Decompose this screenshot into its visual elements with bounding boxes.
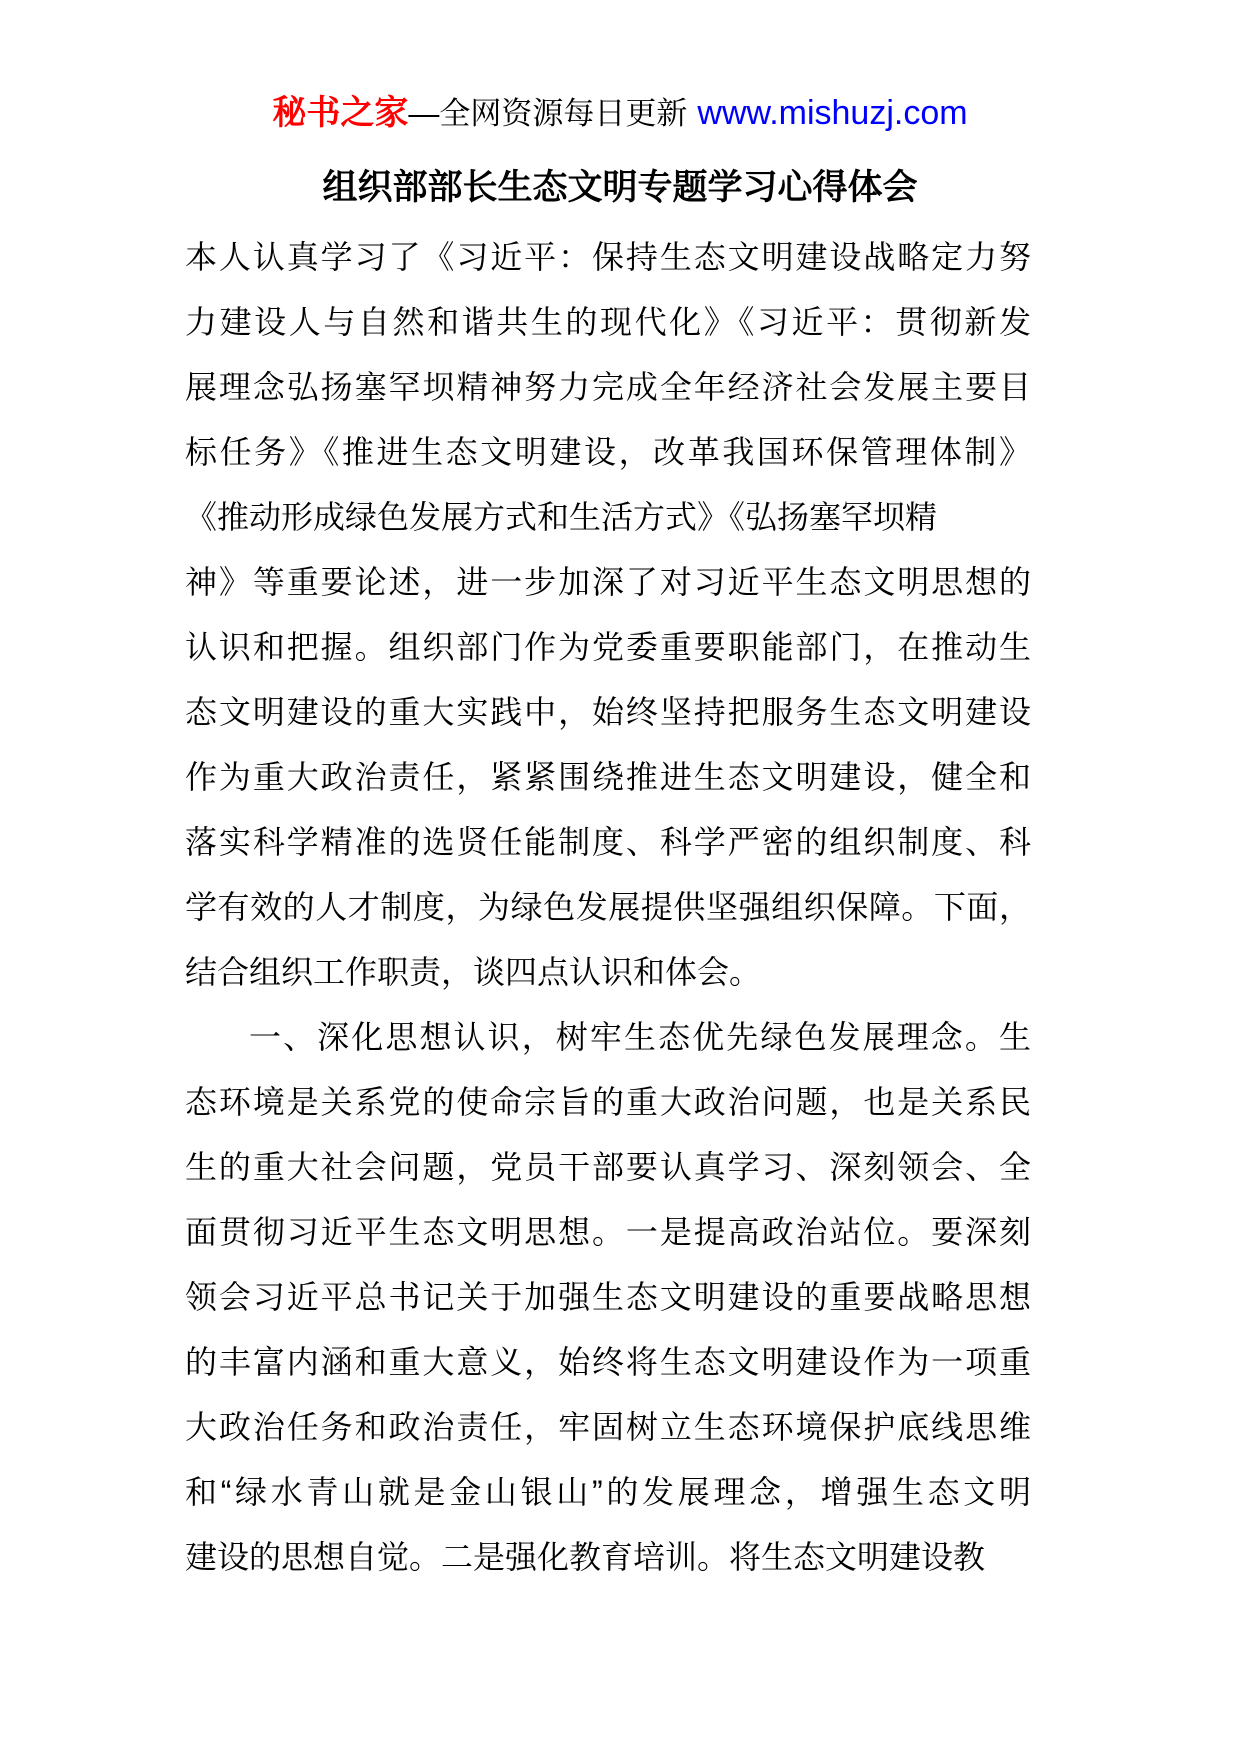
- document-title: 组织部部长生态文明专题学习心得体会: [0, 165, 1240, 211]
- document-body: 本人认真学习了《习近平：保持生态文明建设战略定力努 力建设人与自然和谐共生的现代…: [185, 225, 1031, 1590]
- body-line: 生的重大社会问题，党员干部要认真学习、深刻领会、全: [185, 1135, 1031, 1200]
- body-line: 作为重大政治责任，紧紧围绕推进生态文明建设，健全和: [185, 745, 1031, 810]
- body-line: 展理念弘扬塞罕坝精神努力完成全年经济社会发展主要目: [185, 355, 1031, 420]
- body-line: 态文明建设的重大实践中，始终坚持把服务生态文明建设: [185, 680, 1031, 745]
- body-line: 力建设人与自然和谐共生的现代化》《习近平：贯彻新发: [185, 290, 1031, 355]
- document-page: 秘书之家—全网资源每日更新www.mishuzj.com 组织部部长生态文明专题…: [0, 0, 1240, 1754]
- site-url-link[interactable]: www.mishuzj.com: [697, 94, 967, 132]
- body-line: 本人认真学习了《习近平：保持生态文明建设战略定力努: [185, 225, 1031, 290]
- body-line: 落实科学精准的选贤任能制度、科学严密的组织制度、科: [185, 810, 1031, 875]
- body-line: 面贯彻习近平生态文明思想。一是提高政治站位。要深刻: [185, 1200, 1031, 1265]
- site-header: 秘书之家—全网资源每日更新www.mishuzj.com: [0, 0, 1240, 141]
- body-line: 大政治任务和政治责任，牢固树立生态环境保护底线思维: [185, 1395, 1031, 1460]
- body-line: 一、深化思想认识，树牢生态优先绿色发展理念。生: [185, 1005, 1031, 1070]
- site-tagline: —全网资源每日更新: [408, 96, 687, 131]
- body-line: 结合组织工作职责，谈四点认识和体会。: [185, 940, 1031, 1005]
- body-line: 领会习近平总书记关于加强生态文明建设的重要战略思想: [185, 1265, 1031, 1330]
- body-line: 认识和把握。组织部门作为党委重要职能部门，在推动生: [185, 615, 1031, 680]
- body-line: 标任务》《推进生态文明建设，改革我国环保管理体制》: [185, 420, 1031, 485]
- body-line: 建设的思想自觉。二是强化教育培训。将生态文明建设教: [185, 1525, 1031, 1590]
- body-line: 和“绿水青山就是金山银山”的发展理念，增强生态文明: [185, 1460, 1031, 1525]
- body-line: 态环境是关系党的使命宗旨的重大政治问题，也是关系民: [185, 1070, 1031, 1135]
- site-brand: 秘书之家: [272, 94, 408, 132]
- body-line: 《推动形成绿色发展方式和生活方式》《弘扬塞罕坝精: [185, 485, 1031, 550]
- body-line: 神》等重要论述，进一步加深了对习近平生态文明思想的: [185, 550, 1031, 615]
- body-line: 学有效的人才制度，为绿色发展提供坚强组织保障。下面，: [185, 875, 1031, 940]
- body-line: 的丰富内涵和重大意义，始终将生态文明建设作为一项重: [185, 1330, 1031, 1395]
